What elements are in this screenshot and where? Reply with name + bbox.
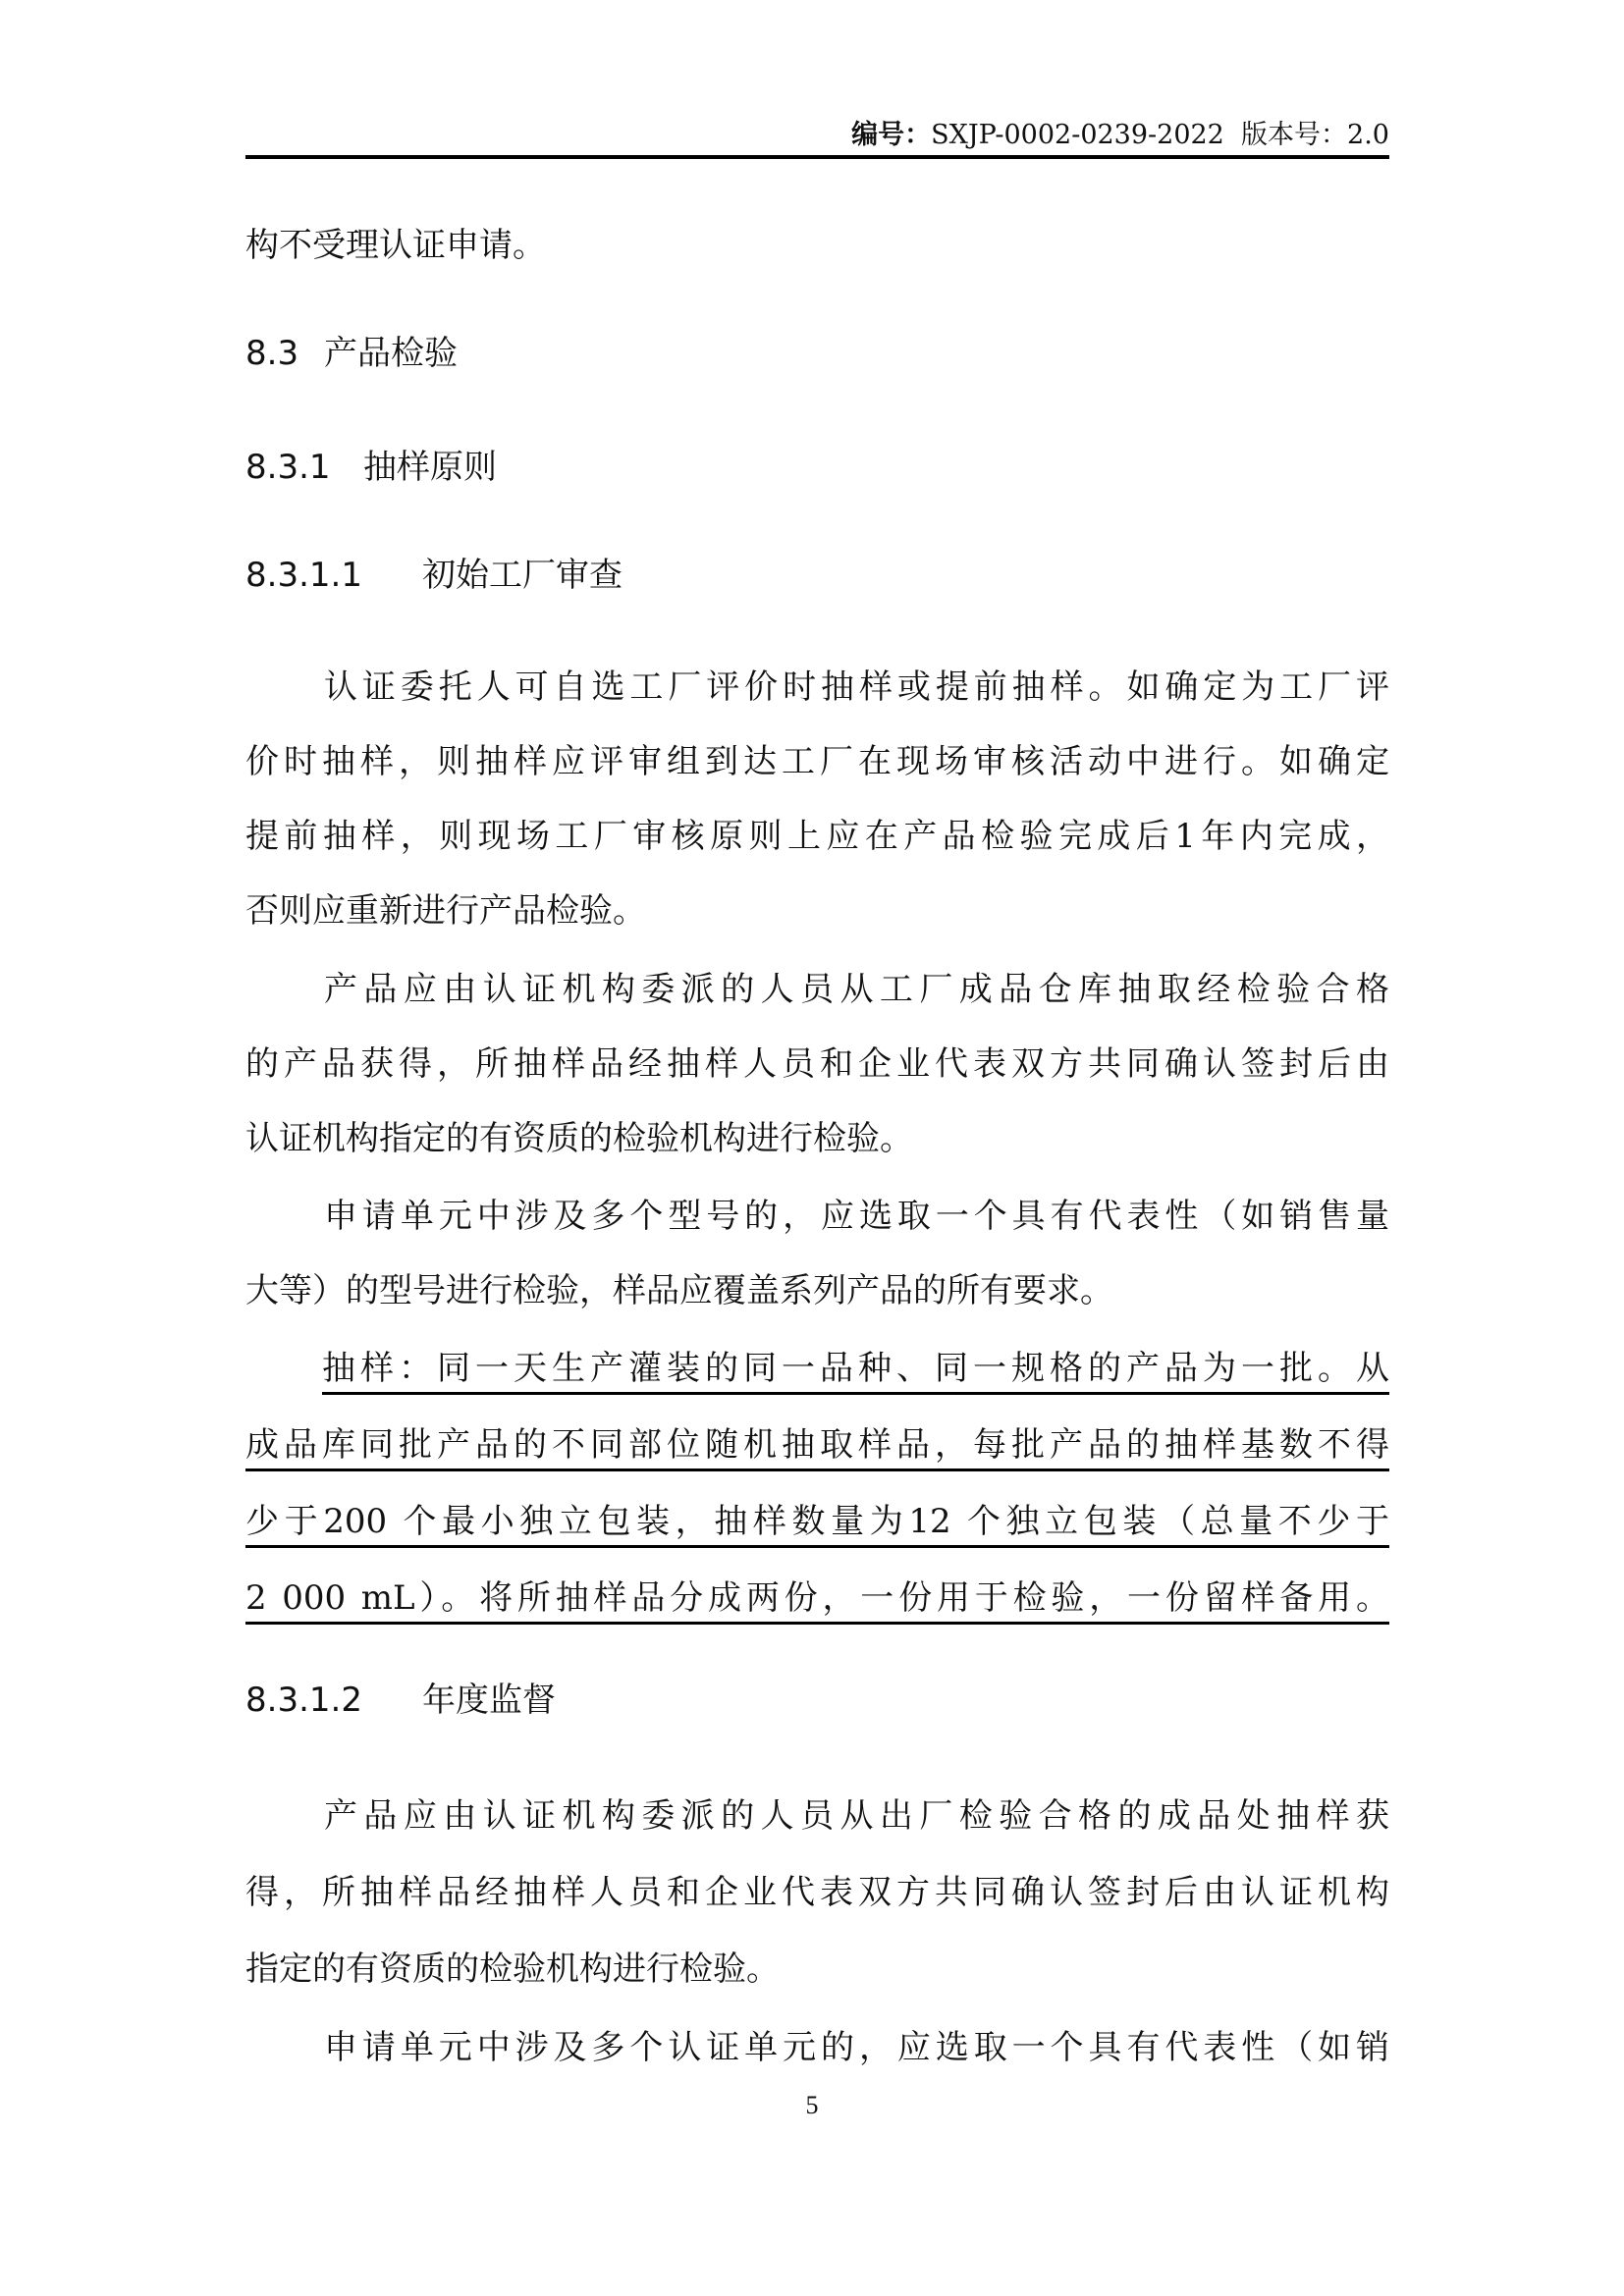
- paragraph-line: 认证委托人可自选工厂评价时抽样或提前抽样。如确定为工厂评: [324, 664, 1389, 711]
- paragraph-line: 否则应重新进行产品检验。: [245, 887, 1389, 934]
- paragraph-line: 产品应由认证机构委派的人员从工厂成品仓库抽取经检验合格: [324, 966, 1389, 1013]
- underlined-paragraph-line: 少于200 个最小独立包装，抽样数量为12 个独立包装（总量不少于: [245, 1498, 1389, 1548]
- section-heading-8-3-1-2: 8.3.1.2年度监督: [245, 1677, 1389, 1724]
- paragraph-line: 价时抽样，则抽样应评审组到达工厂在现场审核活动中进行。如确定: [245, 738, 1389, 785]
- heading-title: 初始工厂审查: [422, 556, 623, 595]
- version-label: 版本号：: [1241, 120, 1347, 150]
- heading-number: 8.3.1.1: [245, 552, 422, 599]
- heading-number: 8.3.1: [245, 444, 363, 491]
- section-heading-8-3: 8.3产品检验: [245, 330, 1389, 377]
- document-code-label: 编号：: [851, 120, 931, 150]
- paragraph-line: 认证机构指定的有资质的检验机构进行检验。: [245, 1115, 1389, 1162]
- heading-title: 抽样原则: [363, 448, 497, 487]
- section-heading-8-3-1: 8.3.1抽样原则: [245, 444, 1389, 491]
- heading-number: 8.3: [245, 330, 324, 377]
- version-number: 2.0: [1347, 120, 1389, 150]
- paragraph-line: 大等）的型号进行检验，样品应覆盖系列产品的所有要求。: [245, 1267, 1389, 1314]
- paragraph-line: 构不受理认证申请。: [245, 222, 1389, 269]
- paragraph-line: 指定的有资质的检验机构进行检验。: [245, 1946, 1389, 1993]
- underlined-paragraph-line: 成品库同批产品的不同部位随机抽取样品，每批产品的抽样基数不得: [245, 1421, 1389, 1471]
- document-header: 编号：SXJP-0002-0239-2022 版本号：2.0: [245, 116, 1389, 155]
- paragraph-line: 的产品获得，所抽样品经抽样人员和企业代表双方共同确认签封后由: [245, 1041, 1389, 1088]
- underlined-paragraph-line: 2 000 mL）。将所抽样品分成两份，一份用于检验，一份留样备用。: [245, 1575, 1389, 1625]
- paragraph-line: 得，所抽样品经抽样人员和企业代表双方共同确认签封后由认证机构: [245, 1869, 1389, 1916]
- underlined-paragraph-line: 抽样：同一天生产灌装的同一品种、同一规格的产品为一批。从: [322, 1345, 1389, 1395]
- paragraph-line: 申请单元中涉及多个型号的，应选取一个具有代表性（如销售量: [324, 1193, 1389, 1240]
- section-heading-8-3-1-1: 8.3.1.1初始工厂审查: [245, 552, 1389, 599]
- paragraph-line: 申请单元中涉及多个认证单元的，应选取一个具有代表性（如销: [324, 2024, 1389, 2071]
- heading-number: 8.3.1.2: [245, 1677, 422, 1724]
- page-number: 5: [795, 2091, 829, 2120]
- document-code: SXJP-0002-0239-2022: [931, 120, 1224, 150]
- header-rule: [245, 155, 1389, 159]
- heading-title: 年度监督: [422, 1681, 556, 1720]
- paragraph-line: 提前抽样，则现场工厂审核原则上应在产品检验完成后1年内完成，: [245, 813, 1389, 860]
- paragraph-line: 产品应由认证机构委派的人员从出厂检验合格的成品处抽样获: [324, 1792, 1389, 1840]
- heading-title: 产品检验: [324, 334, 458, 373]
